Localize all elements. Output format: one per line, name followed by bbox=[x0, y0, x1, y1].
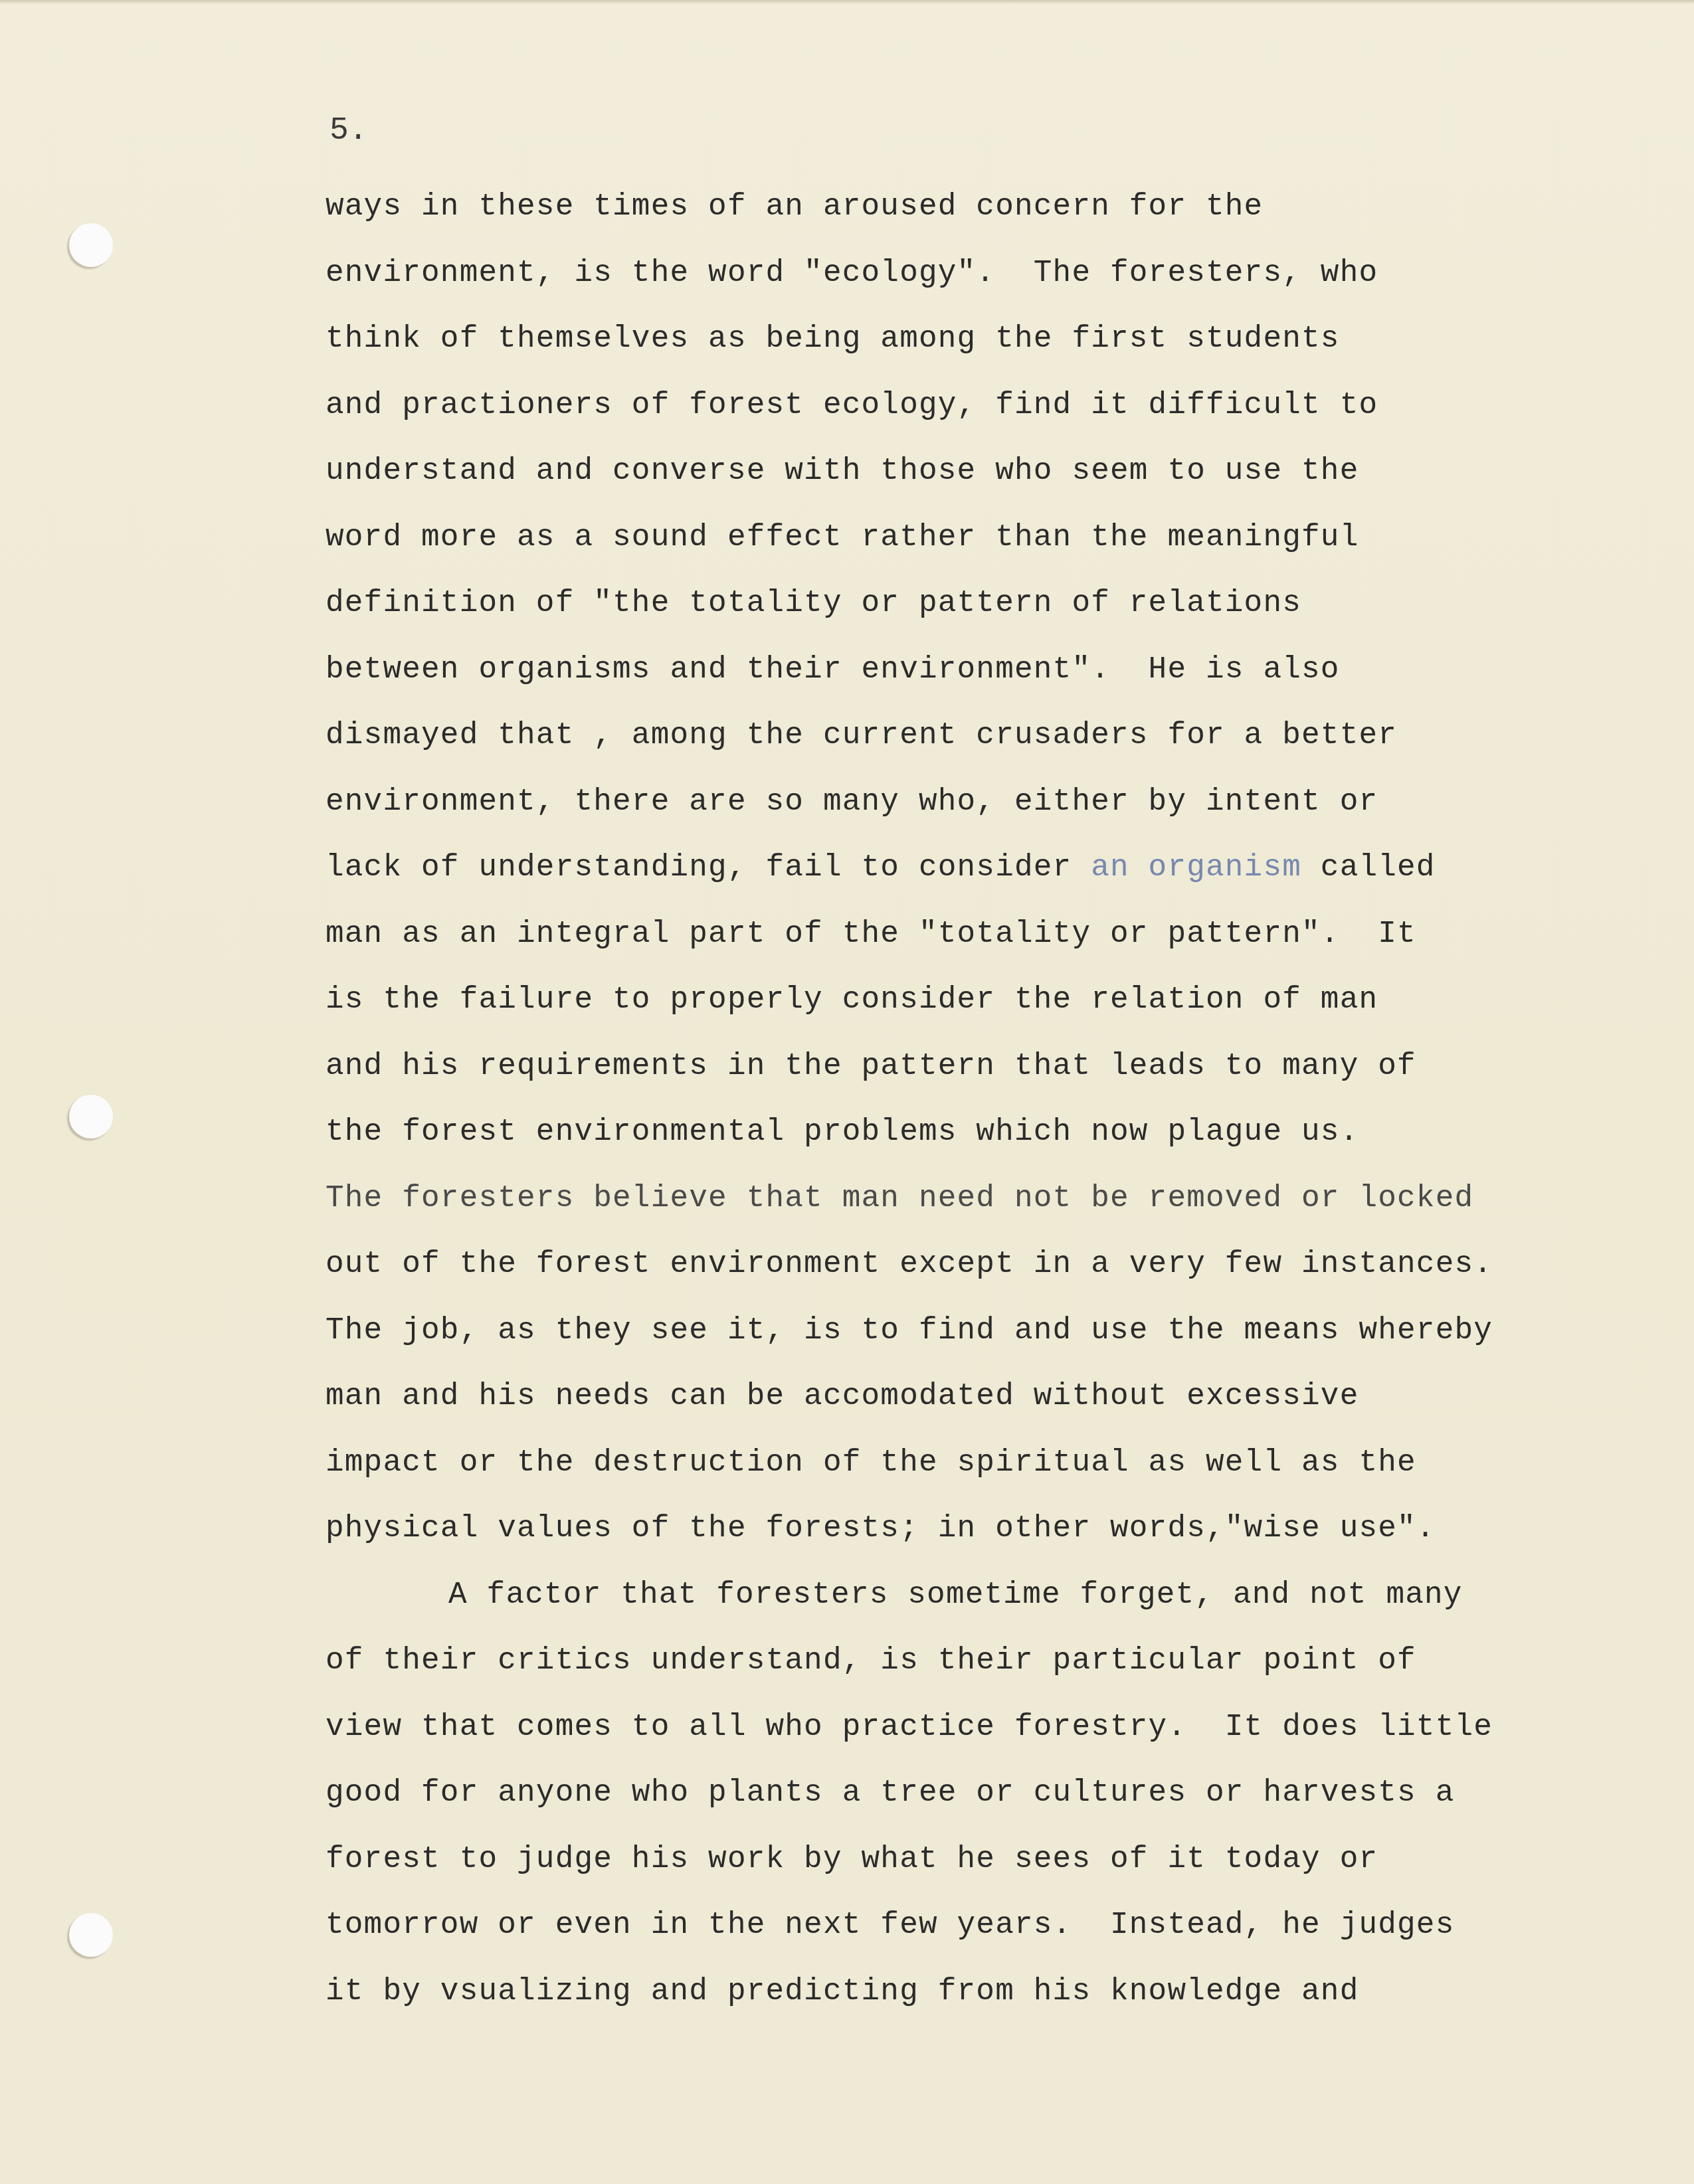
text-line: of their critics understand, is their pa… bbox=[326, 1628, 1588, 1694]
text-line: between organisms and their environment"… bbox=[326, 637, 1588, 703]
hole-punch-middle bbox=[69, 1095, 113, 1138]
text-line: out of the forest environment except in … bbox=[326, 1231, 1588, 1298]
hole-punch-top bbox=[69, 223, 113, 267]
paragraph-start-line: A factor that foresters sometime forget,… bbox=[326, 1562, 1588, 1629]
text-line: and practioners of forest ecology, find … bbox=[326, 373, 1588, 439]
text-line: The foresters believe that man need not … bbox=[326, 1166, 1588, 1232]
text-segment: lack of understanding, fail to consider bbox=[326, 850, 1091, 885]
text-line: forest to judge his work by what he sees… bbox=[326, 1827, 1588, 1893]
text-line: The job, as they see it, is to find and … bbox=[326, 1298, 1588, 1364]
text-line: environment, is the word "ecology". The … bbox=[326, 240, 1588, 307]
text-line: tomorrow or even in the next few years. … bbox=[326, 1892, 1588, 1959]
text-line: understand and converse with those who s… bbox=[326, 438, 1588, 505]
typed-page: 5. ways in these times of an aroused con… bbox=[0, 0, 1694, 2184]
page-number: 5. bbox=[329, 113, 368, 149]
text-line: ways in these times of an aroused concer… bbox=[326, 174, 1588, 240]
page-top-edge bbox=[0, 0, 1694, 4]
text-line: and his requirements in the pattern that… bbox=[326, 1034, 1588, 1100]
text-line: definition of "the totality or pattern o… bbox=[326, 571, 1588, 637]
typewritten-body: ways in these times of an aroused concer… bbox=[326, 174, 1588, 2025]
text-line: man as an integral part of the "totality… bbox=[326, 901, 1588, 968]
text-line: good for anyone who plants a tree or cul… bbox=[326, 1760, 1588, 1827]
text-line: word more as a sound effect rather than … bbox=[326, 505, 1588, 571]
text-line: think of themselves as being among the f… bbox=[326, 306, 1588, 373]
text-line: environment, there are so many who, eith… bbox=[326, 769, 1588, 836]
text-line: the forest environmental problems which … bbox=[326, 1099, 1588, 1166]
text-segment: called bbox=[1301, 850, 1436, 885]
text-line-with-correction: lack of understanding, fail to consider … bbox=[326, 835, 1588, 901]
text-line: dismayed that , among the current crusad… bbox=[326, 703, 1588, 769]
text-line: view that comes to all who practice fore… bbox=[326, 1694, 1588, 1761]
text-line: impact or the destruction of the spiritu… bbox=[326, 1430, 1588, 1497]
text-line: is the failure to properly consider the … bbox=[326, 967, 1588, 1034]
typed-correction: an organism bbox=[1091, 850, 1301, 885]
text-line: man and his needs can be accomodated wit… bbox=[326, 1364, 1588, 1430]
text-line: physical values of the forests; in other… bbox=[326, 1496, 1588, 1562]
text-line: it by vsualizing and predicting from his… bbox=[326, 1959, 1588, 2025]
hole-punch-bottom bbox=[69, 1913, 113, 1957]
